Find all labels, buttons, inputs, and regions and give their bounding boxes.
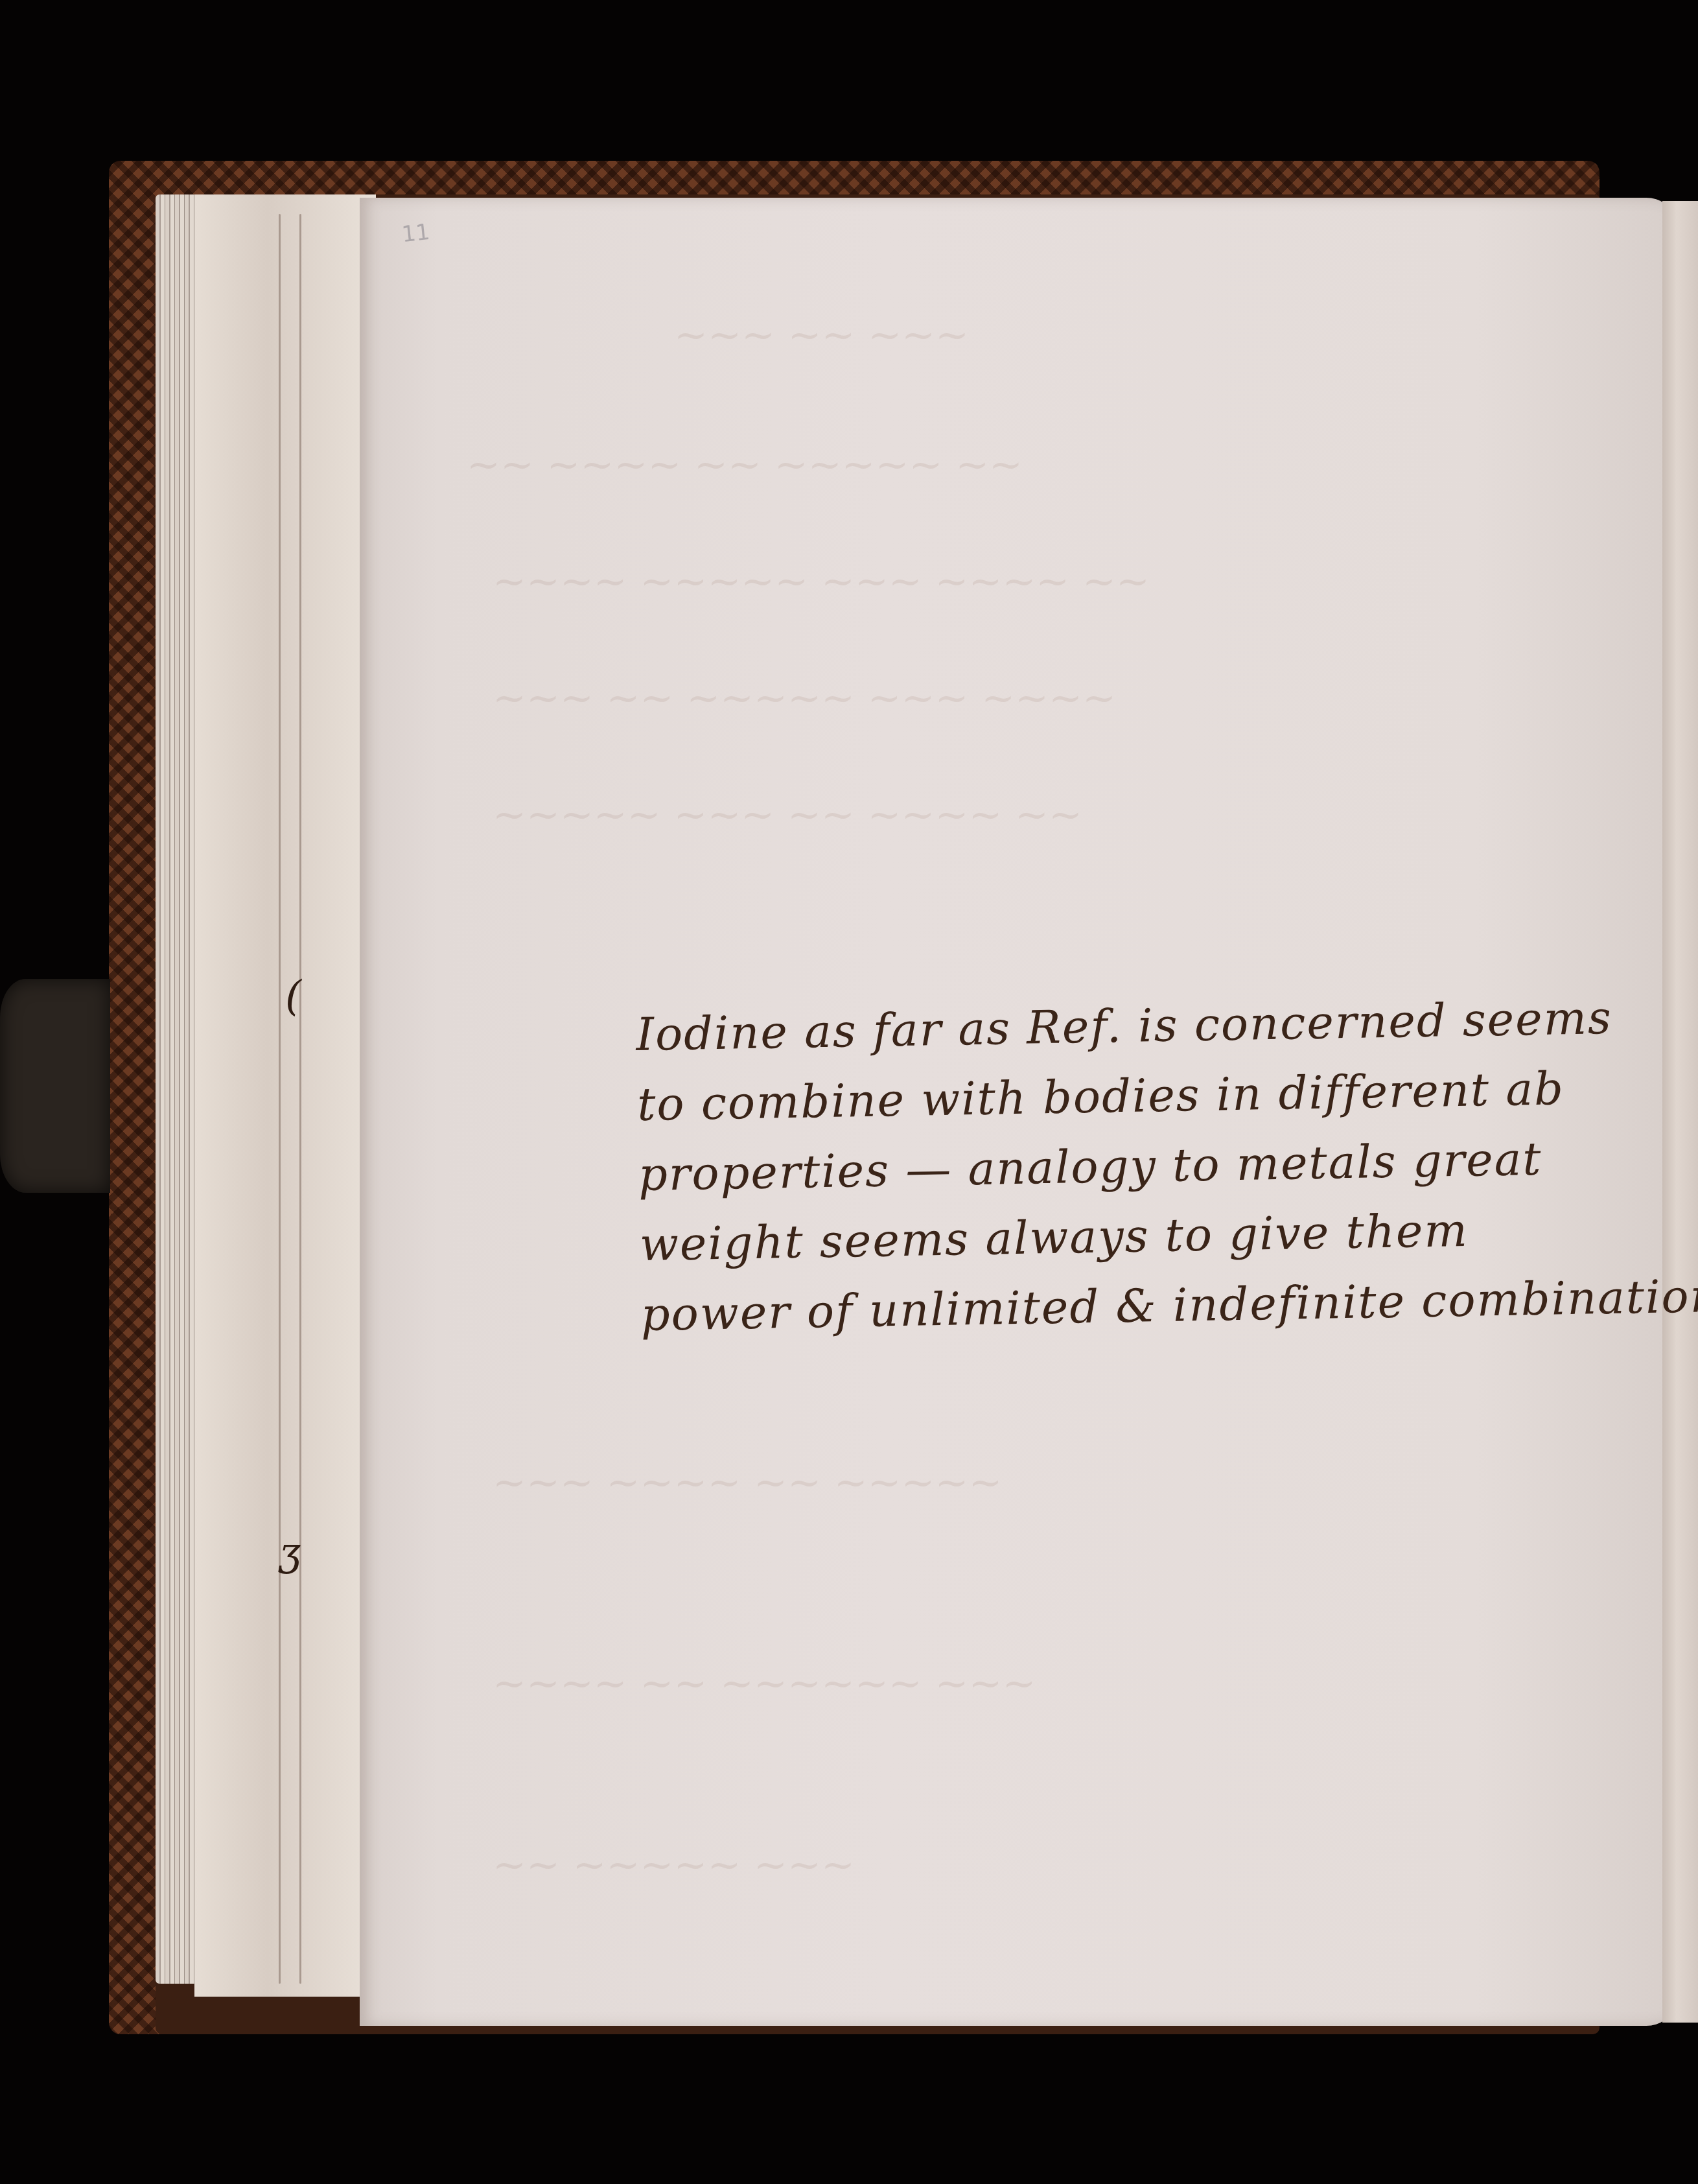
- bleed-through-ink: ~~~ ~~~~ ~~ ~~~~~: [493, 1459, 1002, 1506]
- page-fold-line: [279, 214, 281, 1984]
- bleed-through-ink: ~~ ~~~~ ~~ ~~~~~ ~~: [467, 441, 1023, 488]
- turned-pages: [194, 194, 376, 1997]
- bleed-through-ink: ~~~ ~~ ~~~: [674, 311, 969, 358]
- margin-mark: ʒ: [279, 1530, 301, 1575]
- page-number: 11: [401, 219, 431, 248]
- bleed-through-ink: ~~~~ ~~~~~ ~~~ ~~~~ ~~: [493, 558, 1150, 605]
- facing-page-edge: [1662, 201, 1698, 2023]
- metal-clasp: [0, 979, 110, 1193]
- bleed-through-ink: ~~~ ~~ ~~~~~ ~~~ ~~~~: [493, 674, 1116, 722]
- bleed-through-ink: ~~~~ ~~ ~~~~~~ ~~~: [493, 1660, 1036, 1707]
- margin-mark: (: [285, 972, 301, 1020]
- bleed-through-ink: ~~~~~ ~~~ ~~ ~~~~ ~~: [493, 791, 1082, 838]
- bleed-through-ink: ~~ ~~~~~ ~~~: [493, 1841, 855, 1888]
- handwritten-note: Iodine as far as Ref. is concerned seems…: [635, 984, 1535, 1350]
- page-fold-line: [299, 214, 301, 1984]
